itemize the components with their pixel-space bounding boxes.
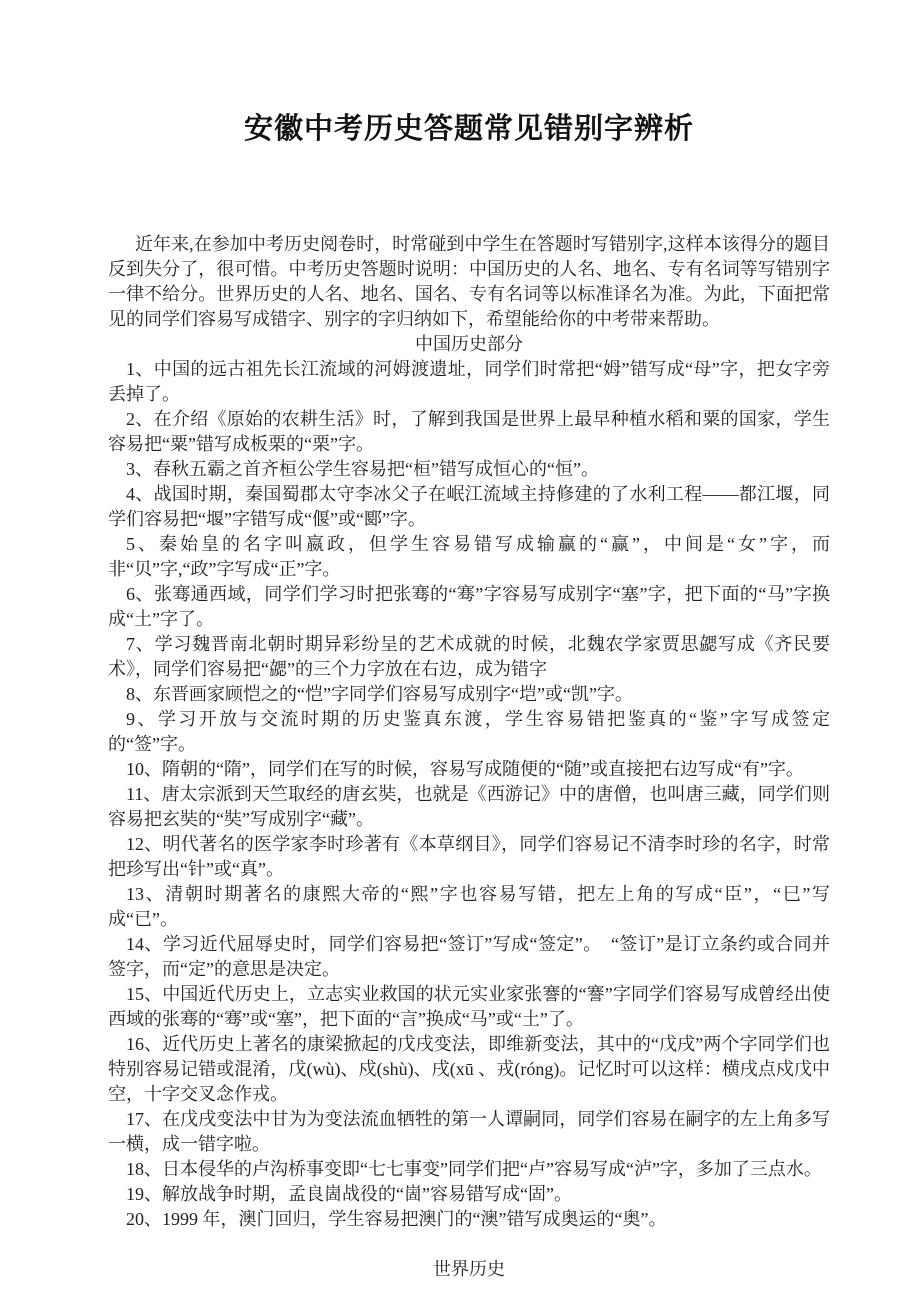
list-item-20: 20、1999 年，澳门回归，学生容易把澳门的“澳”错写成奥运的“奥”。 <box>108 1207 830 1232</box>
list-item-13: 13、清朝时期著名的康熙大帝的“熙”字也容易写错，把左上角的写成“臣”，“巳”写… <box>108 882 830 932</box>
list-item-14: 14、学习近代屈辱史时，同学们容易把“签订”写成“签定”。 “签订”是订立条约或… <box>108 932 830 982</box>
list-item-11: 11、唐太宗派到天竺取经的唐玄奘，也就是《西游记》中的唐僧，也叫唐三藏，同学们则… <box>108 782 830 832</box>
document-body: 近年来,在参加中考历史阅卷时，时常碰到中学生在答题时写错别字,这样本该得分的题目… <box>108 232 830 1282</box>
document-page: 安徽中考历史答题常见错别字辨析 近年来,在参加中考历史阅卷时，时常碰到中学生在答… <box>0 0 920 1302</box>
list-item-9: 9、学习开放与交流时期的历史鉴真东渡，学生容易错把鉴真的“鉴”字写成签定的“签”… <box>108 707 830 757</box>
list-item-6: 6、张骞通西域，同学们学习时把张骞的“骞”字容易写成别字“塞”字，把下面的“马”… <box>108 582 830 632</box>
list-item-12: 12、明代著名的医学家李时珍著有《本草纲目》，同学们容易记不清李时珍的名字，时常… <box>108 832 830 882</box>
list-item-16: 16、近代历史上著名的康梁掀起的戊戌变法，即维新变法，其中的“戊戌”两个字同学们… <box>108 1032 830 1107</box>
list-item-18: 18、日本侵华的卢沟桥事变即“七七事变”同学们把“卢”容易写成“泸”字，多加了三… <box>108 1157 830 1182</box>
list-item-5: 5、秦始皇的名字叫嬴政，但学生容易错写成输赢的“赢”，中间是“女”字，而非“贝”… <box>108 532 830 582</box>
section-heading-china: 中国历史部分 <box>108 332 830 357</box>
list-item-15: 15、中国近代历史上，立志实业救国的状元实业家张謇的“謇”字同学们容易写成曾经出… <box>108 982 830 1032</box>
list-item-8: 8、东晋画家顾恺之的“恺”字同学们容易写成别字“垲”或“凯”字。 <box>108 682 830 707</box>
section-heading-world: 世界历史 <box>108 1257 830 1282</box>
list-item-17: 17、在戊戌变法中甘为为变法流血牺牲的第一人谭嗣同，同学们容易在嗣字的左上角多写… <box>108 1107 830 1157</box>
list-item-10: 10、隋朝的“隋”，同学们在写的时候，容易写成随便的“随”或直接把右边写成“有”… <box>108 757 830 782</box>
intro-paragraph: 近年来,在参加中考历史阅卷时，时常碰到中学生在答题时写错别字,这样本该得分的题目… <box>108 232 830 332</box>
list-item-2: 2、在介绍《原始的农耕生活》时，了解到我国是世界上最早种植水稻和粟的国家，学生容… <box>108 407 830 457</box>
list-item-7: 7、学习魏晋南北朝时期异彩纷呈的艺术成就的时候，北魏农学家贾思勰写成《齐民要术》… <box>108 632 830 682</box>
document-title: 安徽中考历史答题常见错别字辨析 <box>108 110 830 148</box>
list-item-1: 1、中国的远古祖先长江流域的河姆渡遗址，同学们时常把“姆”错写成“母”字，把女字… <box>108 357 830 407</box>
list-item-19: 19、解放战争时期，孟良崮战役的“崮”容易错写成“固”。 <box>108 1182 830 1207</box>
list-item-3: 3、春秋五霸之首齐桓公学生容易把“桓”错写成恒心的“恒”。 <box>108 457 830 482</box>
list-item-4: 4、战国时期，秦国蜀郡太守李冰父子在岷江流域主持修建的了水利工程——都江堰，同学… <box>108 482 830 532</box>
